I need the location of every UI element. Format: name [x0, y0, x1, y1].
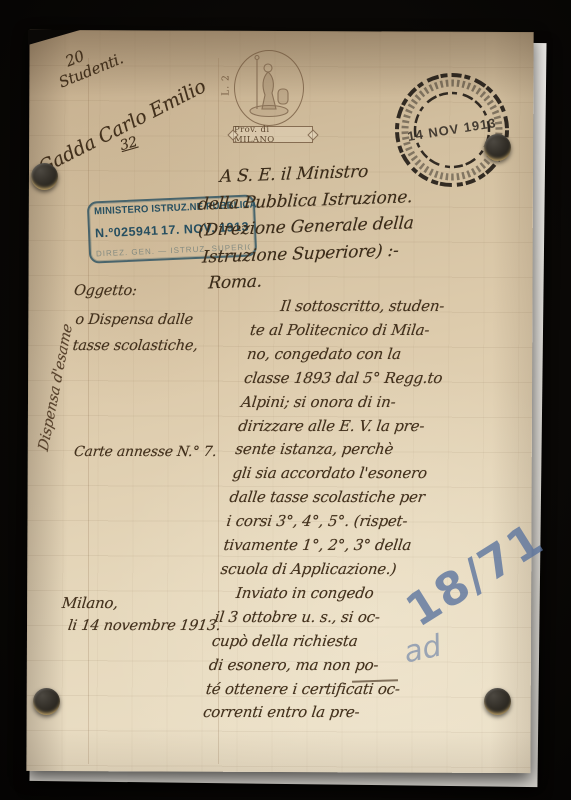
- subject-text: o Dispensa dalletasse scolastiche,: [71, 307, 202, 359]
- magnet-bottom-right: [484, 688, 511, 715]
- handwritten-line: Alpini; si onora di in-: [240, 391, 458, 415]
- magnet-top-right: [484, 134, 511, 161]
- handwritten-line: dirizzare alle E. V. la pre-: [237, 415, 455, 439]
- file-number-note: 32: [118, 134, 139, 154]
- handwritten-line: tasse scolastiche,: [71, 333, 199, 359]
- spine-note: Dispensa d'esame: [36, 322, 76, 454]
- handwritten-line: no, congedato con la: [246, 343, 464, 367]
- handwritten-line: classe 1893 dal 5° Regg.to: [243, 367, 461, 391]
- handwritten-line: scuola di Applicazione.): [219, 558, 437, 582]
- handwritten-line: te al Politecnico di Mila-: [249, 319, 467, 343]
- handwritten-line: Il sottoscritto, studen-: [251, 295, 469, 319]
- handwritten-line: Roma.: [207, 263, 410, 297]
- revenue-seal-circle: [234, 50, 304, 126]
- subject-label: Oggetto:: [73, 283, 137, 299]
- handwritten-line: sente istanza, perchè: [234, 438, 452, 462]
- magnet-top-left: [31, 163, 58, 190]
- handwritten-line: tivamente 1°, 2°, 3° della: [222, 534, 440, 558]
- handwritten-line: i corsi 3°, 4°, 5°. (rispet-: [225, 510, 443, 534]
- photo-of-document: 20 Studenti. Gadda Carlo Emilio 32 L. 2 …: [0, 0, 571, 800]
- round-stamp-date: 14 NOV 1913: [406, 115, 497, 144]
- revenue-seal-value: L. 2: [222, 74, 232, 95]
- handwritten-line: correnti entro la pre-: [202, 701, 420, 725]
- handwritten-line: o Dispensa dalle: [74, 307, 202, 333]
- handwritten-line: dalle tasse scolastiche per: [228, 486, 446, 510]
- letter-date: li 14 novembre 1913.: [67, 618, 222, 634]
- allegorical-figure-icon: [235, 51, 303, 125]
- handwritten-line: gli sia accordato l'esonero: [231, 462, 449, 486]
- attachments-note: Carte annesse N.° 7.: [73, 444, 217, 460]
- recipient-address: A S. E. il Ministrodella Pubblica Istruz…: [191, 157, 418, 298]
- handwritten-line: il 3 ottobre u. s., si oc-: [213, 606, 431, 630]
- handwritten-line: di esonero, ma non po-: [207, 654, 425, 678]
- registry-number: N.º025941: [95, 224, 159, 241]
- magnet-bottom-left: [33, 688, 60, 715]
- place-name: Milano,: [61, 594, 119, 612]
- pencil-note: ad: [401, 628, 445, 670]
- handwritten-line: cupò della richiesta: [210, 630, 428, 654]
- document-content: 20 Studenti. Gadda Carlo Emilio 32 L. 2 …: [0, 0, 571, 800]
- margin-rule-left: [88, 58, 89, 764]
- revenue-seal-caption: Prov. di MILANO: [233, 126, 313, 143]
- handwritten-line: té ottenere i certificati oc-: [205, 678, 423, 702]
